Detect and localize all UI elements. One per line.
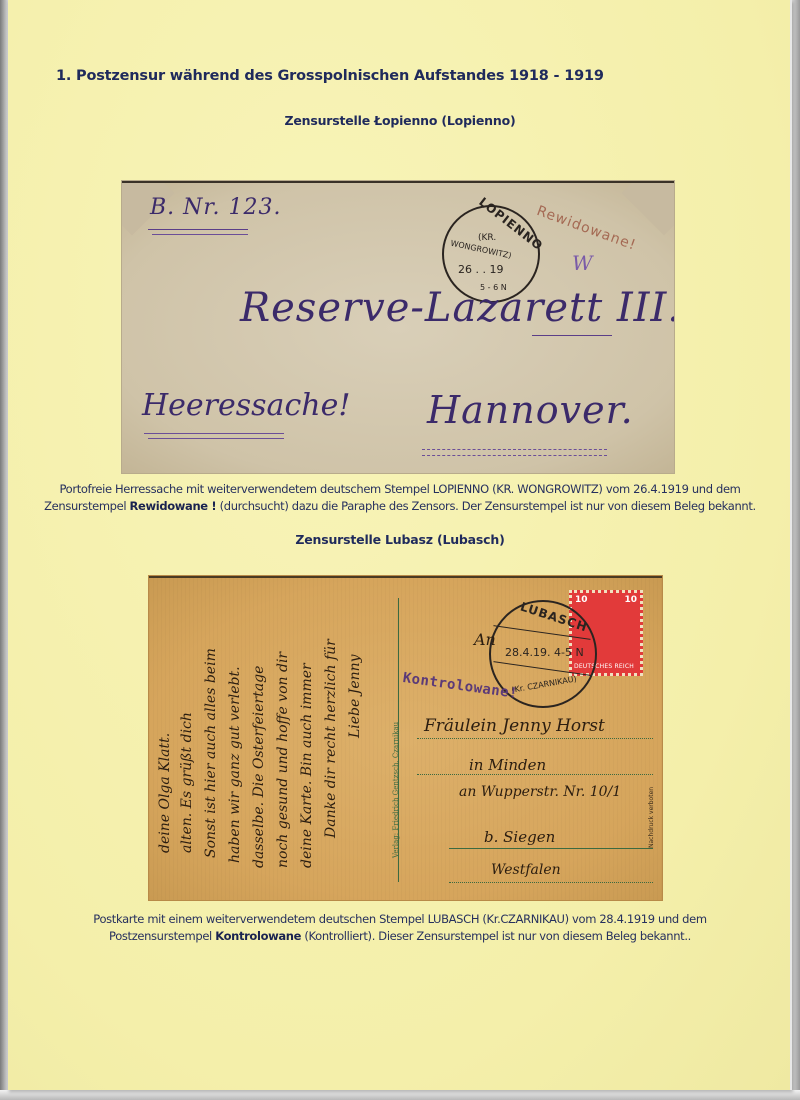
section-heading-lopienno: Zensurstelle Łopienno (Lopienno)	[0, 113, 800, 128]
postcard-image: deine Olga Klatt. alten. Es grüßt dich S…	[149, 576, 662, 900]
address-rule	[417, 738, 653, 739]
message-line: haben wir ganz gut verlebt.	[227, 666, 243, 863]
handwritten-addressee: Reserve-Lazarett III.	[240, 285, 674, 331]
caption-lubasz: Postkarte mit einem weiterverwendetem de…	[40, 911, 760, 945]
page-title: 1. Postzensur während des Grosspolnische…	[56, 68, 604, 84]
message-line: noch gesund und hoffe von dir	[275, 652, 291, 868]
envelope-image: B. Nr. 123. LOPIENNO (KR. WONGROWITZ) 26…	[122, 181, 674, 473]
message-line: Danke dir recht herzlich für	[323, 639, 339, 838]
handwritten-reference: B. Nr. 123.	[150, 195, 281, 220]
caption-bold-term: Kontrolowane	[215, 929, 301, 943]
scan-edge-left	[0, 0, 8, 1100]
envelope-corner	[622, 181, 674, 235]
address-rule	[449, 882, 653, 883]
scan-edge-bottom	[0, 1090, 800, 1100]
address-line: An	[474, 630, 496, 649]
message-line: Liebe Jenny	[347, 654, 363, 738]
underline	[148, 438, 284, 439]
censor-paraphe: W	[572, 251, 593, 275]
address-line: Westfalen	[491, 862, 561, 878]
underline	[144, 433, 284, 434]
censor-stamp-rewidowane: Rewidowane!	[535, 203, 639, 254]
message-line: alten. Es grüßt dich	[179, 712, 195, 853]
caption-lopienno: Portofreie Herressache mit weiterverwend…	[40, 481, 760, 515]
message-line: dasselbe. Die Osterfeiertage	[251, 666, 267, 868]
underline	[422, 449, 607, 450]
underline	[148, 229, 248, 230]
side-imprint: Nachdruck verboten	[648, 787, 655, 848]
address-line: an Wupperstr. Nr. 10/1	[459, 784, 621, 800]
address-line: in Minden	[469, 756, 546, 774]
publisher-imprint: Verlag: Friedrich Gentzsch, Czarnikau	[392, 722, 400, 858]
address-rule	[449, 848, 653, 849]
handwritten-city: Hannover.	[427, 388, 634, 432]
underline	[152, 234, 248, 235]
caption-bold-term: Rewidowane !	[130, 499, 217, 513]
message-line: Sonst ist hier auch alles beim	[203, 648, 219, 858]
section-heading-lubasz: Zensurstelle Lubasz (Lubasch)	[0, 532, 800, 547]
address-rule	[417, 774, 653, 775]
handwritten-note: Heeressache!	[142, 388, 350, 423]
address-line: Fräulein Jenny Horst	[424, 716, 605, 736]
address-line: b. Siegen	[484, 828, 555, 846]
underline	[532, 335, 612, 336]
message-line: deine Olga Klatt.	[157, 733, 173, 853]
message-line: deine Karte. Bin auch immer	[299, 663, 315, 868]
underline	[422, 455, 607, 456]
